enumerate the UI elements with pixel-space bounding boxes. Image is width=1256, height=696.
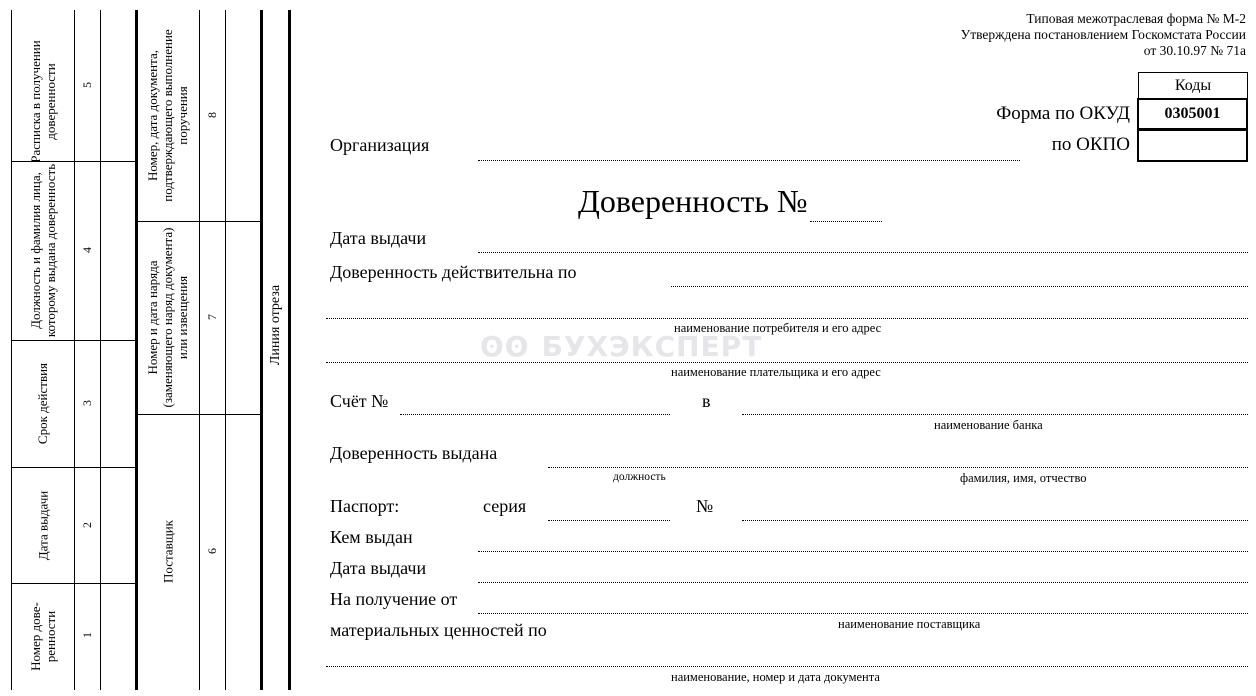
stub-header-8: Номер, дата документа, подтверждающего в… — [136, 10, 199, 221]
payer-field[interactable] — [326, 362, 1248, 363]
bank-hint: наименование банка — [934, 418, 1043, 433]
header-line-3: от 30.10.97 № 71а — [961, 43, 1246, 59]
passport-label: Паспорт: — [330, 496, 399, 517]
power-of-attorney-number-field[interactable] — [810, 221, 882, 222]
passport-number-label: № — [696, 496, 713, 517]
okpo-value[interactable] — [1137, 129, 1248, 162]
stub-border — [100, 10, 101, 690]
stub-num-6: 6 — [199, 521, 225, 581]
issue-date-field[interactable] — [478, 252, 1248, 253]
stub-num-5: 5 — [74, 55, 100, 115]
watermark-owl-icon: ʘʘ — [480, 330, 530, 363]
okud-value[interactable]: 0305001 — [1137, 98, 1248, 130]
valid-until-label: Доверенность действительна по — [330, 262, 577, 283]
form-title: Доверенность № — [578, 183, 808, 220]
okud-label: Форма по ОКУД — [996, 103, 1130, 125]
consumer-field[interactable] — [326, 318, 1248, 319]
issue-date-label: Дата выдачи — [330, 228, 426, 249]
stub-num-2: 2 — [74, 495, 100, 555]
bank-field[interactable] — [742, 414, 1248, 415]
in-bank-label: в — [702, 391, 711, 412]
supplier-field[interactable] — [478, 613, 1248, 614]
fullname-hint: фамилия, имя, отчество — [960, 471, 1087, 486]
issued-by-field[interactable] — [478, 551, 1248, 552]
okpo-label: по ОКПО — [1052, 134, 1130, 156]
stub-header-1: Номер дове-ренности — [11, 583, 74, 690]
issued-to-label: Доверенность выдана — [330, 443, 497, 464]
stub-header-6: Поставщик — [137, 414, 200, 690]
issued-by-label: Кем выдан — [330, 527, 413, 548]
receive-from-label: На получение от — [330, 589, 457, 610]
organization-label: Организация — [330, 135, 429, 156]
stub-num-3: 3 — [74, 373, 100, 433]
supplier-hint: наименование поставщика — [838, 617, 980, 632]
series-label: серия — [483, 496, 526, 517]
stub-num-4: 4 — [74, 220, 100, 280]
stub-header-3: Срок действия — [11, 340, 74, 467]
stub-border — [225, 10, 226, 690]
stub-header-7: Номер и дата наряда (заменяющего наряд д… — [136, 221, 199, 414]
account-label: Счёт № — [330, 391, 388, 412]
stub-header-2: Дата выдачи — [12, 468, 75, 584]
stub-num-7: 7 — [199, 287, 225, 347]
stub-header-5: Расписка в получении доверенности — [11, 26, 74, 177]
valid-until-field[interactable] — [671, 286, 1248, 287]
account-field[interactable] — [400, 414, 670, 415]
cut-line-label: Линия отреза — [263, 265, 287, 385]
document-hint: наименование, номер и дата документа — [671, 670, 880, 685]
position-hint: должность — [613, 471, 666, 483]
stub-num-8: 8 — [199, 85, 225, 145]
passport-number-field[interactable] — [742, 520, 1248, 521]
consumer-hint: наименование потребителя и его адрес — [674, 321, 881, 336]
codes-title: Коды — [1138, 72, 1248, 99]
passport-series-field[interactable] — [548, 520, 670, 521]
cut-line — [288, 10, 291, 690]
values-by-label: материальных ценностей по — [330, 620, 547, 641]
passport-date-field[interactable] — [478, 582, 1248, 583]
header-line-2: Утверждена постановлением Госкомстата Ро… — [961, 27, 1246, 43]
organization-field[interactable] — [478, 160, 1020, 161]
header-line-1: Типовая межотраслевая форма № М-2 — [961, 11, 1246, 27]
form-header: Типовая межотраслевая форма № М-2 Утверж… — [961, 11, 1246, 59]
document-field[interactable] — [326, 666, 1248, 667]
payer-hint: наименование плательщика и его адрес — [671, 365, 881, 380]
stub-num-1: 1 — [74, 605, 100, 665]
stub-header-4: Должность и фамилия лица, которому выдан… — [11, 161, 74, 340]
issued-to-field[interactable] — [548, 467, 1248, 468]
passport-date-label: Дата выдачи — [330, 558, 426, 579]
